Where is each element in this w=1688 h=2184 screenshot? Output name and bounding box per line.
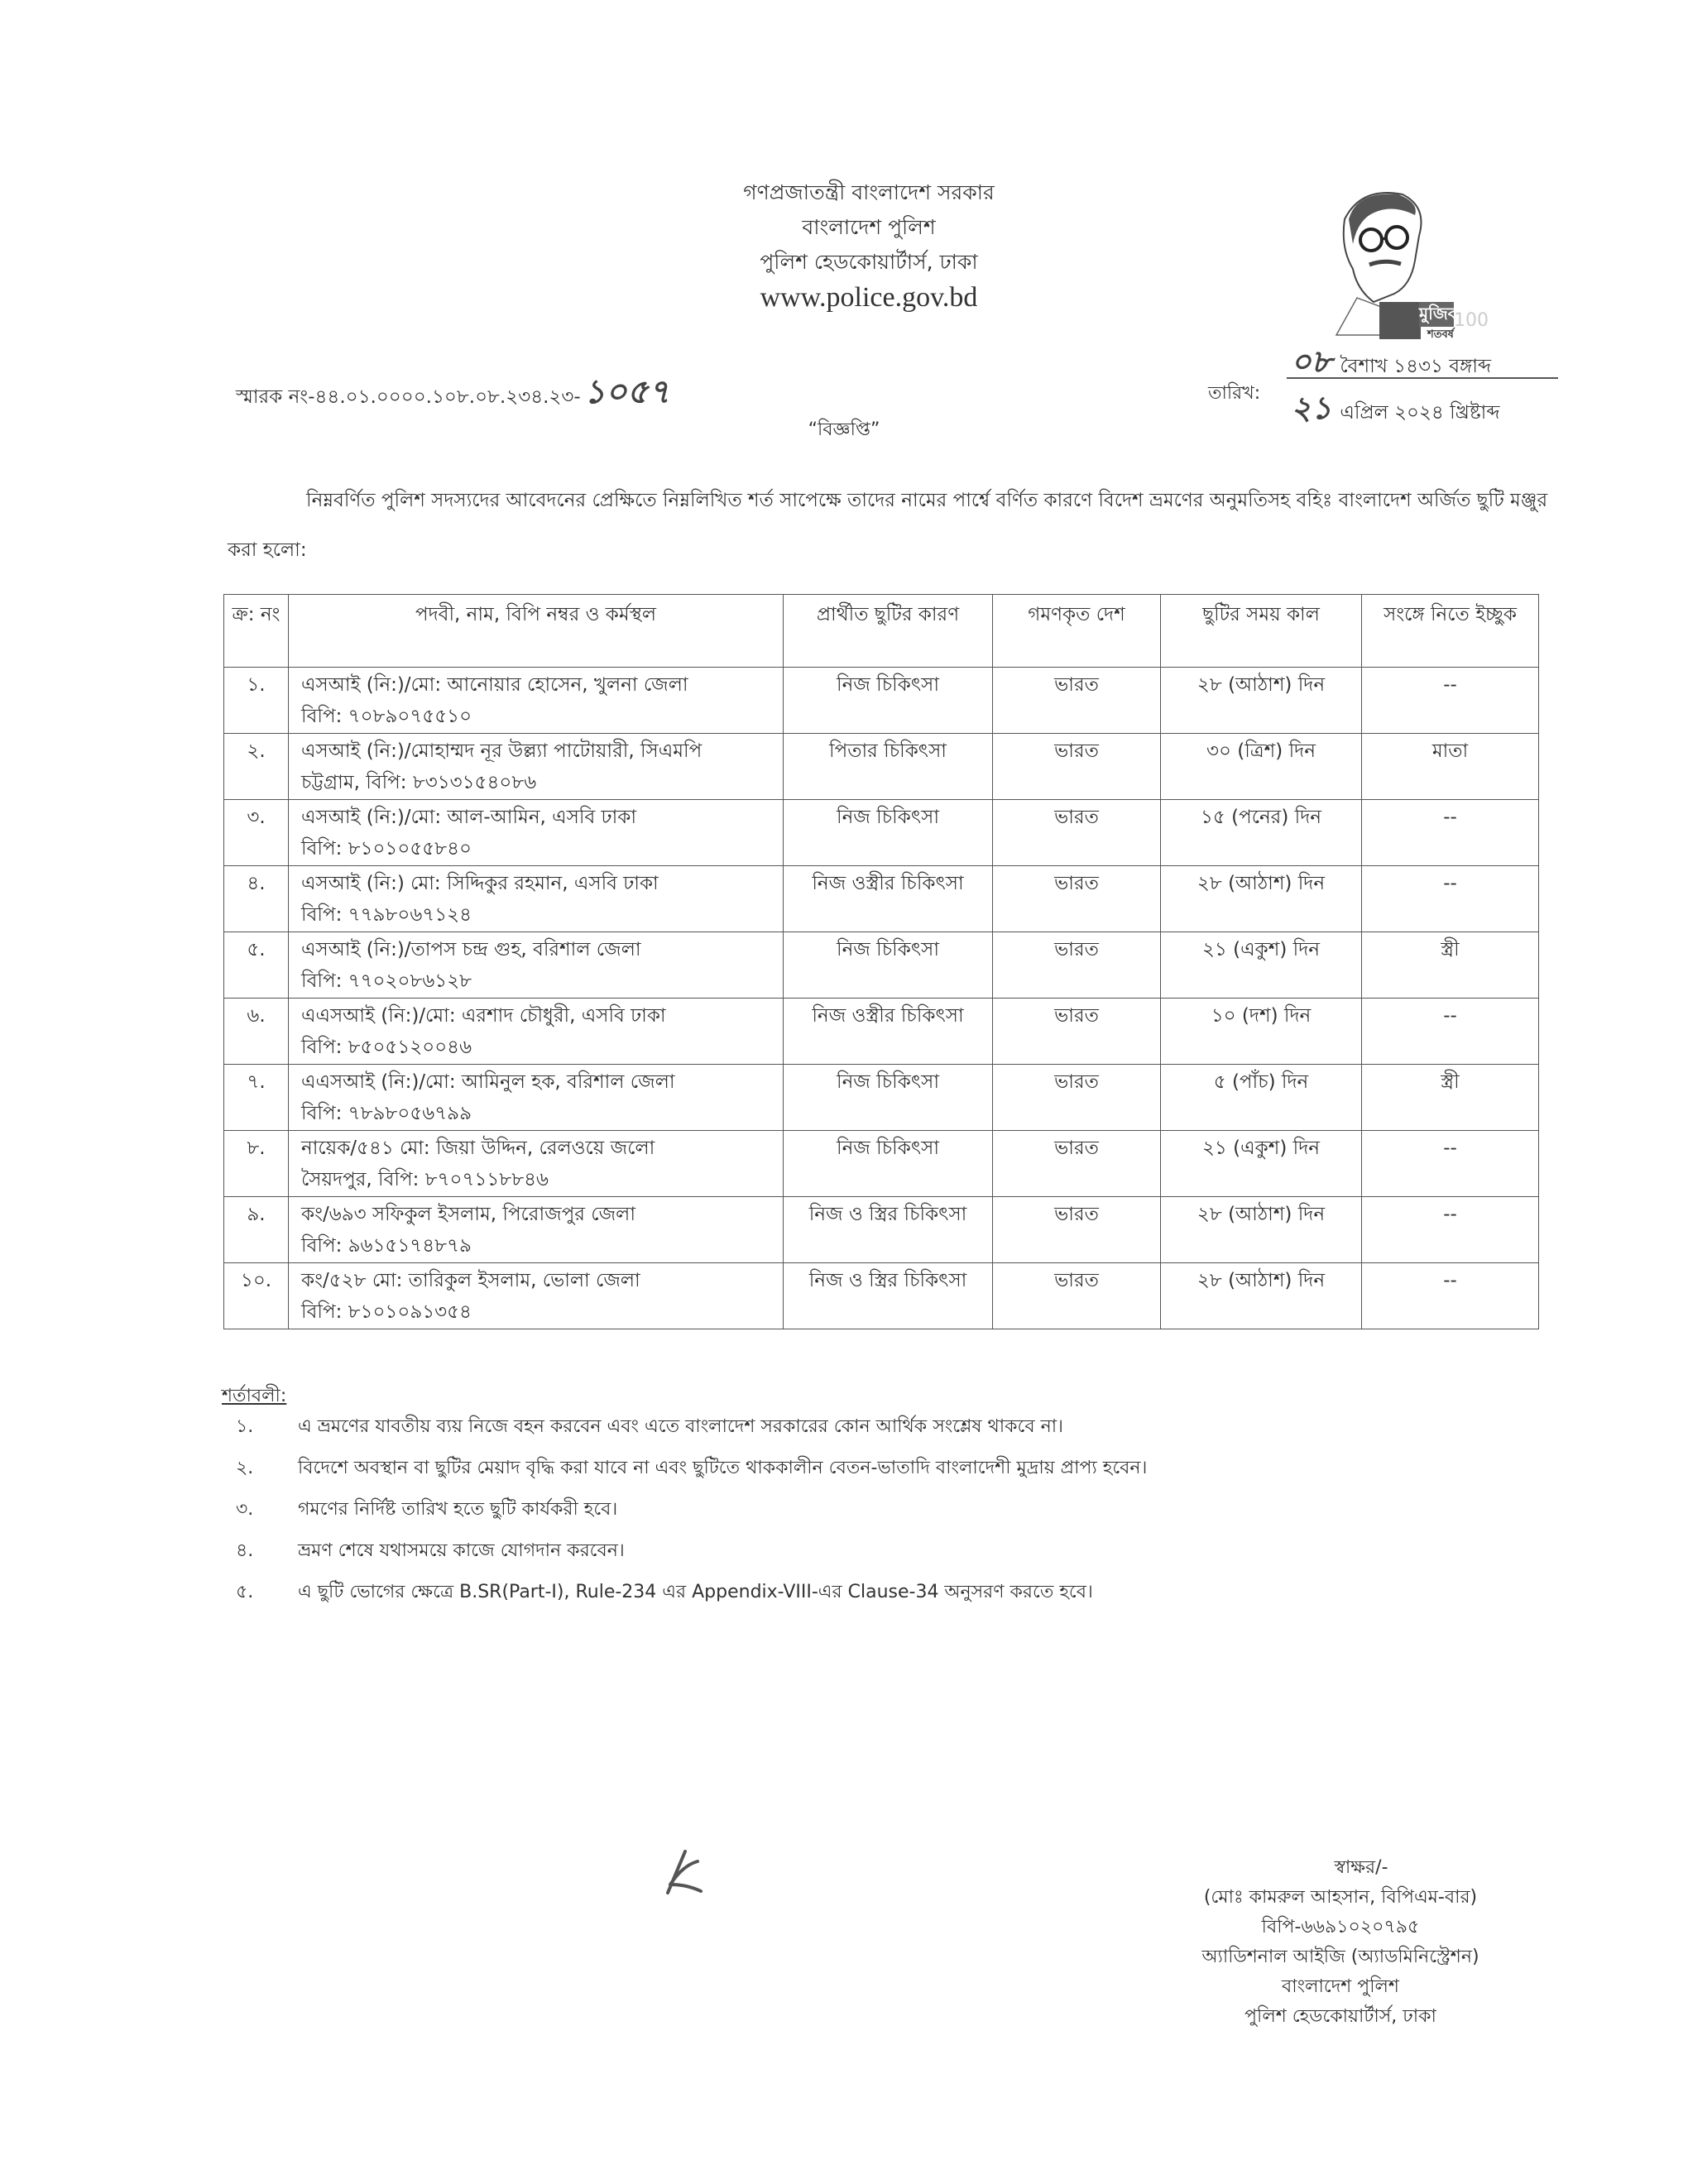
table-header-row: ক্র: নং পদবী, নাম, বিপি নম্বর ও কর্মস্থল… xyxy=(224,595,1539,668)
member-name: এসআই (নি:)/মো: আনোয়ার হোসেন, খুলনা জেলা xyxy=(301,669,782,701)
cell-country: ভারত xyxy=(993,1065,1161,1131)
office-name: পুলিশ হেডকোয়ার্টার্স, ঢাকা xyxy=(579,245,1158,280)
condition-item: ১.এ ভ্রমণের যাবতীয় ব্যয় নিজে বহন করবেন… xyxy=(236,1406,1560,1448)
cell-companion: -- xyxy=(1362,1131,1539,1197)
member-bp: বিপি: ৭৭০২০৮৬১২৮ xyxy=(301,965,782,997)
cell-country: ভারত xyxy=(993,668,1161,734)
intro-paragraph: নিম্নবর্ণিত পুলিশ সদস্যদের আবেদনের প্রেক… xyxy=(228,476,1551,575)
col-serial: ক্র: নং xyxy=(224,595,289,668)
table-row: ৭.এএসআই (নি:)/মো: আমিনুল হক, বরিশাল জেলা… xyxy=(224,1065,1539,1131)
cell-name: এসআই (নি:)/তাপস চন্দ্র গুহ, বরিশাল জেলাব… xyxy=(289,932,784,999)
col-name: পদবী, নাম, বিপি নম্বর ও কর্মস্থল xyxy=(289,595,784,668)
member-name: এসআই (নি:)/মো: আল-আমিন, এসবি ঢাকা xyxy=(301,802,782,833)
cell-companion: স্ত্রী xyxy=(1362,1065,1539,1131)
condition-text: এ ছুটি ভোগের ক্ষেত্রে B.SR(Part-I), Rule… xyxy=(298,1572,1093,1613)
table-row: ৫.এসআই (নি:)/তাপস চন্দ্র গুহ, বরিশাল জেল… xyxy=(224,932,1539,999)
cell-country: ভারত xyxy=(993,999,1161,1065)
cell-duration: ১৫ (পনের) দিন xyxy=(1161,800,1362,866)
cell-companion: -- xyxy=(1362,668,1539,734)
govt-name: গণপ্রজাতন্ত্রী বাংলাদেশ সরকার xyxy=(579,175,1158,210)
condition-item: ৫.এ ছুটি ভোগের ক্ষেত্রে B.SR(Part-I), Ru… xyxy=(236,1572,1560,1613)
signature-block: স্বাক্ষর/- (মোঃ কামরুল আহসান, বিপিএম-বার… xyxy=(1101,1853,1580,2032)
cell-duration: ১০ (দশ) দিন xyxy=(1161,999,1362,1065)
cell-name: এএসআই (নি:)/মো: আমিনুল হক, বরিশাল জেলাবি… xyxy=(289,1065,784,1131)
cell-duration: ২৮ (আঠাশ) দিন xyxy=(1161,1197,1362,1263)
member-bp: বিপি: ৭৭৯৮০৬৭১২৪ xyxy=(301,899,782,931)
cell-duration: ৫ (পাঁচ) দিন xyxy=(1161,1065,1362,1131)
cell-serial: ৯. xyxy=(224,1197,289,1263)
cell-serial: ৫. xyxy=(224,932,289,999)
memo-number: স্মারক নং-৪৪.০১.০০০০.১০৮.০৮.২৩৪.২৩-১০৫৭ xyxy=(236,366,670,421)
handwritten-initial-icon xyxy=(658,1845,724,1903)
cell-name: নায়েক/৫৪১ মো: জিয়া উদ্দিন, রেলওয়ে জলো… xyxy=(289,1131,784,1197)
condition-number: ৩. xyxy=(236,1489,298,1530)
condition-text: গমণের নির্দিষ্ট তারিখ হতে ছুটি কার্যকরী … xyxy=(298,1489,617,1530)
member-bp: বিপি: ৭০৮৯০৭৫৫১০ xyxy=(301,701,782,732)
cell-serial: ৩. xyxy=(224,800,289,866)
member-name: এসআই (নি:)/তাপস চন্দ্র গুহ, বরিশাল জেলা xyxy=(301,934,782,965)
cell-companion: স্ত্রী xyxy=(1362,932,1539,999)
signatory-bp: বিপি-৬৬৯১০২০৭৯৫ xyxy=(1101,1913,1580,1942)
cell-reason: পিতার চিকিৎসা xyxy=(784,734,993,800)
table-row: ৩.এসআই (নি:)/মো: আল-আমিন, এসবি ঢাকাবিপি:… xyxy=(224,800,1539,866)
member-bp: সৈয়দপুর, বিপি: ৮৭০৭১১৮৮৪৬ xyxy=(301,1164,782,1195)
cell-name: কং/৬৯৩ সফিকুল ইসলাম, পিরোজপুর জেলাবিপি: … xyxy=(289,1197,784,1263)
cell-name: এসআই (নি:)/মোহাম্মদ নূর উল্ল্যা পাটোয়ার… xyxy=(289,734,784,800)
cell-duration: ২১ (একুশ) দিন xyxy=(1161,1131,1362,1197)
signed-mark: স্বাক্ষর/- xyxy=(1101,1853,1580,1883)
member-bp: বিপি: ৮১০১০৯১৩৫৪ xyxy=(301,1296,782,1328)
cell-duration: ৩০ (ত্রিশ) দিন xyxy=(1161,734,1362,800)
date-label: তারিখ: xyxy=(1208,379,1260,409)
signatory-office: পুলিশ হেডকোয়ার্টার্স, ঢাকা xyxy=(1101,2002,1580,2032)
condition-text: বিদেশে অবস্থান বা ছুটির মেয়াদ বৃদ্ধি কর… xyxy=(298,1448,1147,1489)
col-country: গমণকৃত দেশ xyxy=(993,595,1161,668)
conditions-list: ১.এ ভ্রমণের যাবতীয় ব্যয় নিজে বহন করবেন… xyxy=(236,1406,1560,1613)
cell-reason: নিজ চিকিৎসা xyxy=(784,1065,993,1131)
signatory-designation: অ্যাডিশনাল আইজি (অ্যাডমিনিস্ট্রেশন) xyxy=(1101,1942,1580,1972)
condition-item: ২.বিদেশে অবস্থান বা ছুটির মেয়াদ বৃদ্ধি … xyxy=(236,1448,1560,1489)
cell-companion: -- xyxy=(1362,1263,1539,1329)
table-row: ১০.কং/৫২৮ মো: তারিকুল ইসলাম, ভোলা জেলাবি… xyxy=(224,1263,1539,1329)
table-row: ৮.নায়েক/৫৪১ মো: জিয়া উদ্দিন, রেলওয়ে জ… xyxy=(224,1131,1539,1197)
member-name: এএসআই (নি:)/মো: আমিনুল হক, বরিশাল জেলা xyxy=(301,1066,782,1098)
member-bp: বিপি: ৮৫০৫১২০০৪৬ xyxy=(301,1032,782,1063)
cell-companion: -- xyxy=(1362,866,1539,932)
cell-country: ভারত xyxy=(993,1197,1161,1263)
member-name: নায়েক/৫৪১ মো: জিয়া উদ্দিন, রেলওয়ে জলো xyxy=(301,1133,782,1164)
letterhead: গণপ্রজাতন্ত্রী বাংলাদেশ সরকার বাংলাদেশ প… xyxy=(579,175,1158,316)
cell-country: ভারত xyxy=(993,932,1161,999)
cell-country: ভারত xyxy=(993,866,1161,932)
cell-reason: নিজ চিকিৎসা xyxy=(784,1131,993,1197)
condition-number: ৪. xyxy=(236,1530,298,1572)
cell-name: কং/৫২৮ মো: তারিকুল ইসলাম, ভোলা জেলাবিপি:… xyxy=(289,1263,784,1329)
table-row: ৬.এএসআই (নি:)/মো: এরশাদ চৌধুরী, এসবি ঢাক… xyxy=(224,999,1539,1065)
cell-companion: -- xyxy=(1362,800,1539,866)
cell-duration: ২১ (একুশ) দিন xyxy=(1161,932,1362,999)
cell-name: এসআই (নি:)/মো: আনোয়ার হোসেন, খুলনা জেলা… xyxy=(289,668,784,734)
member-bp: বিপি: ৯৬১৫১৭৪৮৭৯ xyxy=(301,1230,782,1262)
cell-reason: নিজ ও স্ত্রির চিকিৎসা xyxy=(784,1263,993,1329)
condition-item: ৩.গমণের নির্দিষ্ট তারিখ হতে ছুটি কার্যকর… xyxy=(236,1489,1560,1530)
cell-serial: ৪. xyxy=(224,866,289,932)
table-row: ২.এসআই (নি:)/মোহাম্মদ নূর উল্ল্যা পাটোয়… xyxy=(224,734,1539,800)
condition-number: ১. xyxy=(236,1406,298,1448)
cell-country: ভারত xyxy=(993,800,1161,866)
table-row: ১.এসআই (নি:)/মো: আনোয়ার হোসেন, খুলনা জে… xyxy=(224,668,1539,734)
condition-text: এ ভ্রমণের যাবতীয় ব্যয় নিজে বহন করবেন এ… xyxy=(298,1406,1063,1448)
cell-companion: মাতা xyxy=(1362,734,1539,800)
condition-number: ২. xyxy=(236,1448,298,1489)
cell-companion: -- xyxy=(1362,1197,1539,1263)
cell-country: ভারত xyxy=(993,1131,1161,1197)
cell-serial: ৬. xyxy=(224,999,289,1065)
logo-text-main: মুজিব xyxy=(1419,302,1457,329)
bangla-month-year: বৈশাখ ১৪৩১ বঙ্গাব্দ xyxy=(1340,356,1491,377)
signatory-org: বাংলাদেশ পুলিশ xyxy=(1101,1972,1580,2002)
cell-serial: ৮. xyxy=(224,1131,289,1197)
col-duration: ছুটির সময় কাল xyxy=(1161,595,1362,668)
table-row: ৯.কং/৬৯৩ সফিকুল ইসলাম, পিরোজপুর জেলাবিপি… xyxy=(224,1197,1539,1263)
cell-duration: ২৮ (আঠাশ) দিন xyxy=(1161,1263,1362,1329)
date-divider xyxy=(1287,377,1558,379)
table-row: ৪.এসআই (নি:) মো: সিদ্দিকুর রহমান, এসবি ঢ… xyxy=(224,866,1539,932)
col-companion: সংঙ্গে নিতে ইচ্ছুক xyxy=(1362,595,1539,668)
condition-number: ৫. xyxy=(236,1572,298,1613)
col-reason: প্রার্থীত ছুটির কারণ xyxy=(784,595,993,668)
leave-table: ক্র: নং পদবী, নাম, বিপি নম্বর ও কর্মস্থল… xyxy=(223,594,1539,1329)
member-name: এসআই (নি:)/মোহাম্মদ নূর উল্ল্যা পাটোয়ার… xyxy=(301,735,782,767)
cell-reason: নিজ ওস্ত্রীর চিকিৎসা xyxy=(784,999,993,1065)
cell-reason: নিজ চিকিৎসা xyxy=(784,932,993,999)
cell-country: ভারত xyxy=(993,734,1161,800)
cell-name: এসআই (নি:)/মো: আল-আমিন, এসবি ঢাকাবিপি: ৮… xyxy=(289,800,784,866)
cell-reason: নিজ চিকিৎসা xyxy=(784,800,993,866)
member-bp: বিপি: ৭৮৯৮০৫৬৭৯৯ xyxy=(301,1098,782,1129)
cell-reason: নিজ চিকিৎসা xyxy=(784,668,993,734)
member-bp: চট্টগ্রাম, বিপি: ৮৩১৩১৫৪০৮৬ xyxy=(301,767,782,798)
member-bp: বিপি: ৮১০১০৫৫৮৪০ xyxy=(301,833,782,864)
bangla-day-handwritten: ০৮ xyxy=(1291,342,1331,380)
cell-name: এসআই (নি:) মো: সিদ্দিকুর রহমান, এসবি ঢাক… xyxy=(289,866,784,932)
cell-serial: ৭. xyxy=(224,1065,289,1131)
cell-serial: ১০. xyxy=(224,1263,289,1329)
signatory-name: (মোঃ কামরুল আহসান, বিপিএম-বার) xyxy=(1101,1883,1580,1913)
logo-text-num: 100 xyxy=(1454,310,1489,331)
cell-duration: ২৮ (আঠাশ) দিন xyxy=(1161,866,1362,932)
cell-name: এএসআই (নি:)/মো: এরশাদ চৌধুরী, এসবি ঢাকাব… xyxy=(289,999,784,1065)
member-name: এএসআই (নি:)/মো: এরশাদ চৌধুরী, এসবি ঢাকা xyxy=(301,1000,782,1032)
memo-label: স্মারক নং-৪৪.০১.০০০০.১০৮.০৮.২৩৪.২৩- xyxy=(236,386,581,408)
condition-item: ৪.ভ্রমণ শেষে যথাসময়ে কাজে যোগদান করবেন। xyxy=(236,1530,1560,1572)
mujib-centenary-logo-icon: মুজিব শতবর্ষ 100 xyxy=(1312,186,1477,347)
cell-companion: -- xyxy=(1362,999,1539,1065)
member-name: এসআই (নি:) মো: সিদ্দিকুর রহমান, এসবি ঢাক… xyxy=(301,868,782,899)
cell-country: ভারত xyxy=(993,1263,1161,1329)
condition-text: ভ্রমণ শেষে যথাসময়ে কাজে যোগদান করবেন। xyxy=(298,1530,625,1572)
bangla-date: ০৮বৈশাখ ১৪৩১ বঙ্গাব্দ xyxy=(1291,338,1556,390)
cell-reason: নিজ ওস্ত্রীর চিকিৎসা xyxy=(784,866,993,932)
cell-serial: ১. xyxy=(224,668,289,734)
memo-handwritten-number: ১০৫৭ xyxy=(584,372,670,411)
cell-serial: ২. xyxy=(224,734,289,800)
website-link[interactable]: www.police.gov.bd xyxy=(579,280,1158,316)
notice-title: “বিজ্ঞপ্তি” xyxy=(0,415,1688,446)
cell-duration: ২৮ (আঠাশ) দিন xyxy=(1161,668,1362,734)
cell-reason: নিজ ও স্ত্রির চিকিৎসা xyxy=(784,1197,993,1263)
org-name: বাংলাদেশ পুলিশ xyxy=(579,210,1158,245)
member-name: কং/৫২৮ মো: তারিকুল ইসলাম, ভোলা জেলা xyxy=(301,1265,782,1296)
member-name: কং/৬৯৩ সফিকুল ইসলাম, পিরোজপুর জেলা xyxy=(301,1199,782,1230)
